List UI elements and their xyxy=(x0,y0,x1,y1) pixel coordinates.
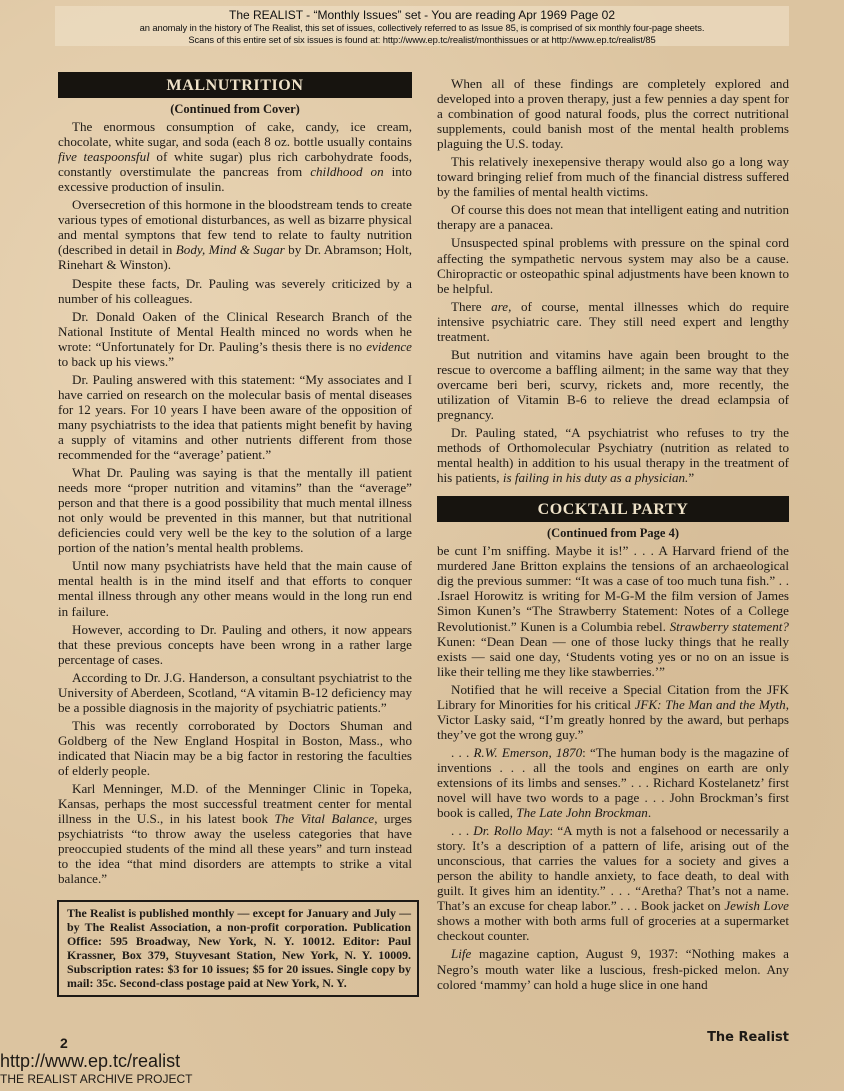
article-paragraph: What Dr. Pauling was saying is that the … xyxy=(58,465,412,555)
banner-links: Scans of this entire set of six issues i… xyxy=(55,34,789,46)
article-paragraph: . . . Dr. Rollo May: “A myth is not a fa… xyxy=(437,823,789,943)
article-paragraph: Oversecretion of this hormone in the blo… xyxy=(58,197,412,272)
archive-project-label: THE REALIST ARCHIVE PROJECT xyxy=(0,1072,193,1086)
article-paragraph: The enormous consumption of cake, candy,… xyxy=(58,119,412,194)
article-paragraph: When all of these findings are completel… xyxy=(437,76,789,151)
article-paragraph: However, according to Dr. Pauling and ot… xyxy=(58,622,412,667)
article-paragraph: Until now many psychiatrists have held t… xyxy=(58,558,412,618)
banner-description: an anomaly in the history of The Realist… xyxy=(55,22,789,34)
article-paragraph: Despite these facts, Dr. Pauling was sev… xyxy=(58,276,412,306)
cocktail-party-continued-note: (Continued from Page 4) xyxy=(437,526,789,541)
malnutrition-body-left: The enormous consumption of cake, candy,… xyxy=(58,119,412,886)
archive-url[interactable]: http://www.ep.tc/realist xyxy=(0,1051,180,1071)
banner-title: The REALIST - “Monthly Issues” set - You… xyxy=(55,8,789,22)
page-number: 2 xyxy=(60,1035,68,1051)
article-paragraph: Life magazine caption, August 9, 1937: “… xyxy=(437,946,789,991)
article-paragraph: . . . R.W. Emerson, 1870: “The human bod… xyxy=(437,745,789,820)
article-paragraph: Dr. Donald Oaken of the Clinical Researc… xyxy=(58,309,412,369)
article-paragraph: Dr. Pauling stated, “A psychiatrist who … xyxy=(437,425,789,485)
right-column: When all of these findings are completel… xyxy=(437,76,789,995)
article-paragraph: Of course this does not mean that intell… xyxy=(437,202,789,232)
malnutrition-continued-note: (Continued from Cover) xyxy=(58,102,412,117)
archive-banner: The REALIST - “Monthly Issues” set - You… xyxy=(55,6,789,46)
article-paragraph: This was recently corroborated by Doctor… xyxy=(58,718,412,778)
article-paragraph: Karl Menninger, M.D. of the Menninger Cl… xyxy=(58,781,412,886)
malnutrition-body-right: When all of these findings are completel… xyxy=(437,76,789,485)
article-paragraph: be cunt I’m sniffing. Maybe it is!” . . … xyxy=(437,543,789,678)
article-paragraph: Notified that he will receive a Special … xyxy=(437,682,789,742)
masthead-footer: The Realist xyxy=(707,1030,789,1045)
article-paragraph: This relatively inexepensive therapy wou… xyxy=(437,154,789,199)
article-paragraph: Unsuspected spinal problems with pressur… xyxy=(437,235,789,295)
article-paragraph: But nutrition and vitamins have again be… xyxy=(437,347,789,422)
malnutrition-heading: MALNUTRITION xyxy=(58,72,412,98)
left-column: MALNUTRITION (Continued from Cover) The … xyxy=(58,72,412,889)
cocktail-party-heading: COCKTAIL PARTY xyxy=(437,496,789,522)
publication-notice: The Realist is published monthly — excep… xyxy=(57,900,419,997)
article-paragraph: There are, of course, mental illnesses w… xyxy=(437,299,789,344)
article-paragraph: Dr. Pauling answered with this statement… xyxy=(58,372,412,462)
cocktail-party-body: be cunt I’m sniffing. Maybe it is!” . . … xyxy=(437,543,789,991)
article-paragraph: According to Dr. J.G. Handerson, a consu… xyxy=(58,670,412,715)
